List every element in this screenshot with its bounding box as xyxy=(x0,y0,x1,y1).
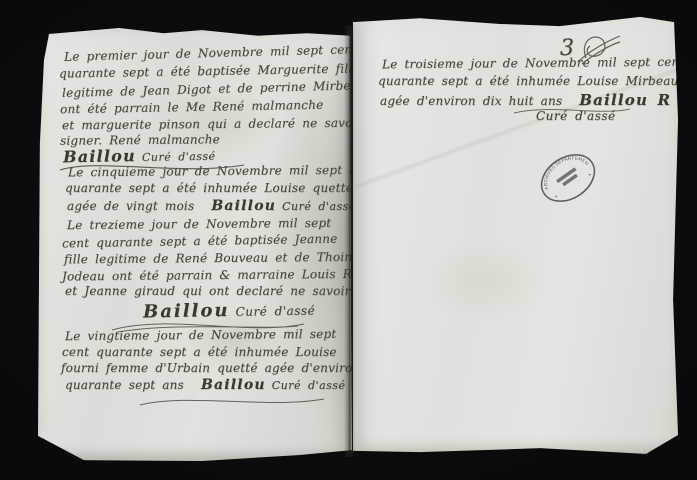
register-line: fille legitime de René Bouveau et de Tho… xyxy=(64,250,377,267)
left-page: Le premier jour de Novembre mil sept cen… xyxy=(38,28,352,461)
register-line: Jodeau ont été parrain & marraine Louis … xyxy=(62,267,390,284)
register-line: agée de vingt mois BaillouCuré d'assé xyxy=(67,198,356,214)
stamp-dot xyxy=(555,195,557,197)
archive-stamp: ARCHIVES DÉPARTEMENTALES xyxy=(529,141,607,215)
stamp-dot xyxy=(589,174,591,176)
register-line: Le vingtieme jour de Novembre mil sept xyxy=(65,327,336,343)
priest-signature: BaillouCuré d'assé xyxy=(143,298,315,322)
register-line: quarante sept a été baptisée Marguerite … xyxy=(59,61,360,80)
register-line: cent quarante sept a été inhumée Louise xyxy=(62,345,337,359)
stamp-rim-text: ARCHIVES DÉPARTEMENTALES xyxy=(529,141,590,196)
signature-flourish xyxy=(138,396,328,408)
register-line: Le cinquieme jour de Novembre mil sept c… xyxy=(68,163,377,180)
register-line: quarante sept a été inhumée Louise quett… xyxy=(65,181,353,195)
register-line: quarante sept ans BaillouCuré d'assé xyxy=(65,377,345,393)
register-line-text: agée de vingt mois xyxy=(67,199,194,213)
signature-name: Baillou xyxy=(201,377,266,393)
register-line: Le trezieme jour de Novembre mil sept xyxy=(67,216,331,232)
signature-flourish xyxy=(512,106,632,116)
register-line: quarante sept a été inhumée Louise Mirbe… xyxy=(378,74,679,88)
register-line: Le premier jour de Novembre mil sept cen… xyxy=(64,42,358,64)
register-line: Le troisieme jour de Novembre mil sept c… xyxy=(382,55,685,72)
register-line: legitime de Jean Digot et de perrine Mir… xyxy=(62,78,366,100)
manuscript-photograph: Le premier jour de Novembre mil sept cen… xyxy=(0,0,697,480)
svg-text:ARCHIVES DÉPARTEMENTALES: ARCHIVES DÉPARTEMENTALES xyxy=(529,141,590,196)
register-line: cent quarante sept a été baptisée Jeanne xyxy=(62,232,338,251)
signature-name: Baillou xyxy=(211,198,276,214)
register-line: ont été parrain le Me René malmanche xyxy=(60,98,324,117)
signature-title: Curé d'assé xyxy=(235,303,315,318)
register-line-text: quarante sept ans xyxy=(65,378,184,392)
binding-fold xyxy=(344,26,355,457)
register-line: et marguerite pinson qui a declaré ne sa… xyxy=(62,116,363,133)
register-line: fourni femme d'Urbain quetté agée d'envi… xyxy=(61,361,360,375)
right-page: 3 Le troisieme jour de Novembre mil sept… xyxy=(352,16,682,457)
signature-title: Curé d'assé xyxy=(272,379,346,392)
